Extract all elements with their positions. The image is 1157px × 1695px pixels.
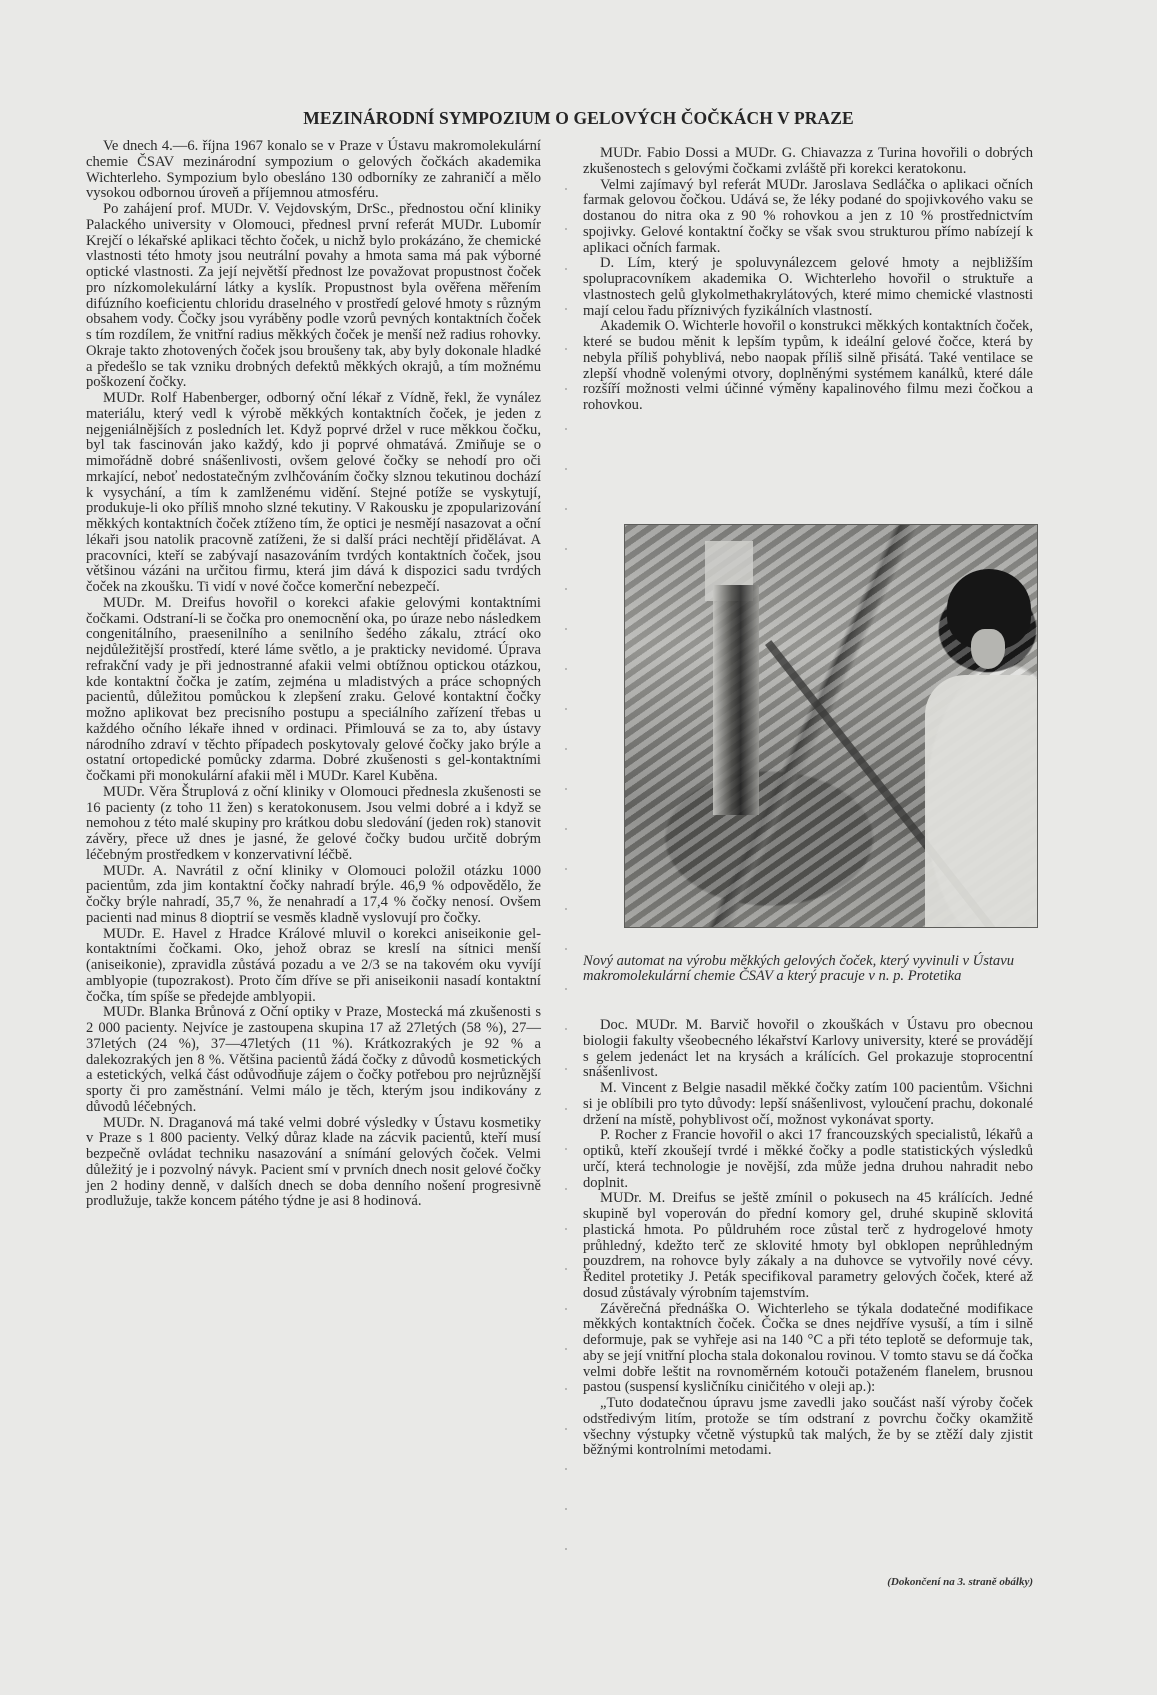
photo-caption: Nový automat na výrobu měkkých gelových …: [583, 954, 1033, 986]
paragraph-navratil: MUDr. A. Navrátil z oční kliniky v Olomo…: [86, 864, 541, 927]
paragraph-krejci: Po zahájení prof. MUDr. V. Vejdovským, D…: [86, 202, 541, 391]
paragraph-struplova: MUDr. Věra Štruplová z oční kliniky v Ol…: [86, 785, 541, 864]
machine-column-shape: [713, 585, 759, 815]
magazine-page: MEZINÁRODNÍ SYMPOZIUM O GELOVÝCH ČOČKÁCH…: [0, 0, 1157, 1695]
paragraph-vincent: M. Vincent z Belgie nasadil měkké čočky …: [583, 1081, 1033, 1128]
paragraph-wichterle-final: Závěrečná přednáška O. Wichterleho se tý…: [583, 1302, 1033, 1397]
right-column-bottom: Doc. MUDr. M. Barvič hovořil o zkouškách…: [583, 1018, 1033, 1459]
paragraph-draganova: MUDr. N. Draganová má také velmi dobré v…: [86, 1116, 541, 1211]
paragraph-brunova: MUDr. Blanka Brůnová z Oční optiky v Pra…: [86, 1005, 541, 1115]
paragraph-havel: MUDr. E. Havel z Hradce Králové mluvil o…: [86, 927, 541, 1006]
paragraph-habenberger: MUDr. Rolf Habenberger, odborný oční lék…: [86, 391, 541, 596]
continuation-note: (Dokončení na 3. straně obálky): [583, 1576, 1033, 1588]
paragraph-dreifus-rabbits: MUDr. M. Dreifus se ještě zmínil o pokus…: [583, 1191, 1033, 1301]
paragraph-dreifus-afakie: MUDr. M. Dreifus hovořil o korekci afaki…: [86, 596, 541, 785]
paragraph-intro: Ve dnech 4.—6. října 1967 konalo se v Pr…: [86, 139, 541, 202]
paragraph-wichterle-construction: Akademik O. Wichterle hovořil o konstruk…: [583, 319, 1033, 414]
operator-face-shape: [971, 629, 1005, 669]
right-column-top: MUDr. Fabio Dossi a MUDr. G. Chiavazza z…: [583, 146, 1033, 414]
article-title: MEZINÁRODNÍ SYMPOZIUM O GELOVÝCH ČOČKÁCH…: [0, 108, 1157, 129]
operator-coat-shape: [925, 675, 1038, 928]
paragraph-lim: D. Lím, který je spoluvynálezcem gelové …: [583, 256, 1033, 319]
paragraph-quote: „Tuto dodatečnou úpravu jsme zavedli jak…: [583, 1396, 1033, 1459]
left-column: Ve dnech 4.—6. října 1967 konalo se v Pr…: [86, 139, 541, 1210]
paragraph-dossi: MUDr. Fabio Dossi a MUDr. G. Chiavazza z…: [583, 146, 1033, 178]
paragraph-barvic: Doc. MUDr. M. Barvič hovořil o zkouškách…: [583, 1018, 1033, 1081]
scan-artifact-marks: [565, 150, 567, 1570]
paragraph-rocher: P. Rocher z Francie hovořil o akci 17 fr…: [583, 1128, 1033, 1191]
photo-lens-machine-icon: [624, 524, 1038, 928]
paragraph-sedlacek: Velmi zajímavý byl referát MUDr. Jarosla…: [583, 178, 1033, 257]
